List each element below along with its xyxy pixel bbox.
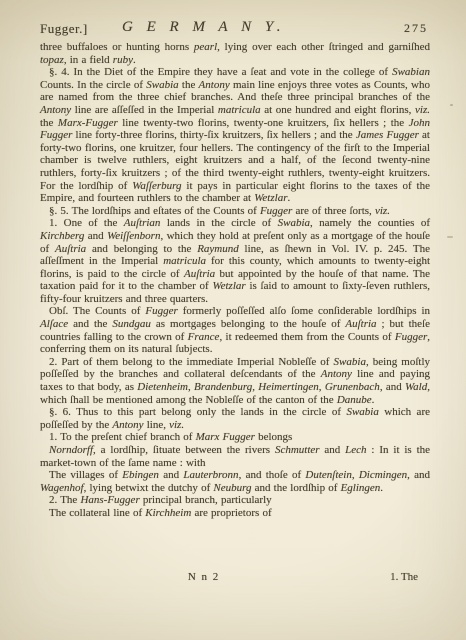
paragraph: 2. The Hans-Fugger principal branch, par… (40, 494, 430, 507)
text-segment: and the (68, 318, 112, 330)
text-segment: and the lordſhip of (252, 482, 341, 494)
text-segment: as mortgages belonging to the houſe of (151, 318, 345, 330)
paragraph: The villages of Ebingen and Lauterbronn,… (40, 469, 430, 494)
text-segment: France (188, 331, 220, 343)
text-segment: Swabia (278, 217, 310, 229)
text-segment: Dicmingen (359, 469, 407, 481)
text-segment: Swabia (334, 356, 366, 368)
page-footer: N n 2 1. The (40, 571, 430, 585)
text-segment: Eglingen (341, 482, 381, 494)
text-segment: ruby (113, 54, 133, 66)
text-segment: §. 6. Thus to this part belong only the … (49, 406, 346, 418)
text-segment: Swabia (346, 406, 378, 418)
text-segment: . (372, 394, 375, 406)
paragraph: Norndorff, a lordſhip, ſituate between t… (40, 444, 430, 469)
text-segment: viz. (375, 205, 390, 217)
paragraph: §. 6. Thus to this part belong only the … (40, 406, 430, 431)
text-segment: Sundgau (112, 318, 151, 330)
signature-mark: N n 2 (188, 571, 220, 583)
text-segment: belongs (255, 431, 292, 443)
paragraph: §. 4. In the Diet of the Empire they hav… (40, 66, 430, 205)
text-segment: matricula (218, 104, 261, 116)
text-segment: , (352, 469, 359, 481)
text-segment: Antony (199, 79, 230, 91)
text-segment: . (287, 192, 290, 204)
catchword: 1. The (390, 571, 418, 583)
text-segment: Alſace (40, 318, 68, 330)
text-segment: Swabia (146, 79, 178, 91)
text-segment: Wetzlar (254, 192, 287, 204)
text-segment: and (84, 230, 107, 242)
book-page: Fugger.] G E R M A N Y. 275 three buffal… (0, 0, 466, 640)
text-segment: formerly poſſeſſed alſo ſome conſiderabl… (178, 305, 430, 317)
text-block: three buffaloes or hunting horns pearl, … (40, 41, 430, 520)
text-segment: Obſ. The Counts of (49, 305, 145, 317)
text-segment: matricula (163, 255, 206, 267)
text-segment: Norndorff (49, 444, 93, 456)
text-segment: Antony (40, 104, 71, 116)
text-segment: Auſtria (55, 243, 86, 255)
running-title: G E R M A N Y. (122, 19, 286, 36)
paragraph: The collateral line of Kirchheim are pro… (40, 507, 430, 520)
text-segment: line twenty-two florins, twenty-one krui… (118, 117, 409, 129)
text-segment: Swabian (392, 66, 430, 78)
text-segment: principal branch, particularly (140, 494, 272, 506)
text-segment: Weiſſenborn (107, 230, 160, 242)
text-segment: are of three ſorts, (292, 205, 375, 217)
text-segment: Lauterbronn (183, 469, 238, 481)
text-segment: . (380, 482, 383, 494)
text-segment: Antony (321, 368, 352, 380)
text-segment: Marx Fugger (196, 431, 255, 443)
text-segment: line, (144, 419, 170, 431)
text-segment: , in a field (64, 54, 113, 66)
text-segment: and (320, 444, 346, 456)
header-catch-title: Fugger.] (40, 21, 88, 37)
paragraph: 1. To the preſent chief branch of Marx F… (40, 431, 430, 444)
text-segment: Hans-Fugger (80, 494, 139, 506)
text-segment: Lech (345, 444, 366, 456)
text-segment: 2. The (49, 494, 80, 506)
text-segment: Schmutter (275, 444, 320, 456)
text-segment: , lying betwixt the dutchy of (84, 482, 214, 494)
text-segment: the (40, 117, 58, 129)
text-segment: Raymund (197, 243, 239, 255)
text-segment: viz. (415, 104, 430, 116)
text-segment: , namely the counties of (310, 217, 430, 229)
text-segment: The villages of (49, 469, 122, 481)
paragraph: 1. One of the Auſtrian lands in the circ… (40, 217, 430, 305)
text-segment: Auſtria (184, 268, 215, 280)
text-segment: , lying over each other ſtringed and gar… (217, 41, 430, 53)
text-segment: §. 5. The lordſhips and eſtates of the C… (49, 205, 260, 217)
text-segment: Auſtrian (124, 217, 161, 229)
text-segment: Waſſerburg (132, 180, 181, 192)
text-segment: The collateral line of (49, 507, 145, 519)
text-segment: James Fugger (356, 129, 419, 141)
text-segment: 1. To the preſent chief branch of (49, 431, 196, 443)
text-segment: line forty-three florins, thirty-ſix kru… (72, 129, 355, 141)
text-segment: Kirchberg (40, 230, 84, 242)
paper-speck (447, 236, 453, 238)
paragraph: 2. Part of them belong to the immediate … (40, 356, 430, 406)
text-segment: Fugger (145, 305, 177, 317)
text-segment: topaz (40, 54, 64, 66)
text-segment: §. 4. In the Diet of the Empire they hav… (49, 66, 392, 78)
text-segment: Danube (337, 394, 372, 406)
text-segment: 1. One of the (49, 217, 124, 229)
paragraph: Obſ. The Counts of Fugger formerly poſſe… (40, 305, 430, 355)
text-segment: . (133, 54, 136, 66)
text-segment: Auſtria (345, 318, 376, 330)
text-segment: , and (407, 469, 430, 481)
text-segment: viz. (169, 419, 184, 431)
text-segment: 2. Part of them belong to the immediate … (49, 356, 334, 368)
text-segment: Fugger (260, 205, 292, 217)
text-segment: pearl (194, 41, 217, 53)
text-segment: line are aſſeſſed in the Imperial (71, 104, 218, 116)
text-segment: Marx-Fugger (58, 117, 118, 129)
text-segment: , it redeemed them from the Counts of (219, 331, 394, 343)
text-segment: Brandenburg (194, 381, 252, 393)
text-segment: Heimertingen (258, 381, 318, 393)
text-segment: Counts. In the circle of (40, 79, 146, 91)
text-segment: Kirchheim (145, 507, 191, 519)
text-segment: and belonging to the (86, 243, 197, 255)
text-segment: Wagenhof (40, 482, 84, 494)
text-segment: , and (380, 381, 405, 393)
text-segment: Wald (405, 381, 427, 393)
text-segment: Grunenbach (325, 381, 380, 393)
paragraph: three buffaloes or hunting horns pearl, … (40, 41, 430, 66)
text-segment: Antony (112, 419, 143, 431)
text-segment: at one hundred and eight florins, (261, 104, 415, 116)
text-segment: lands in the circle of (160, 217, 277, 229)
paragraph: §. 5. The lordſhips and eſtates of the C… (40, 205, 430, 218)
page-header: Fugger.] G E R M A N Y. 275 (40, 19, 430, 37)
text-segment: Dietenheim (137, 381, 188, 393)
text-segment: three buffaloes or hunting horns (40, 41, 194, 53)
text-segment: the (179, 79, 199, 91)
paper-speck (450, 104, 453, 106)
text-segment: Neuburg (213, 482, 251, 494)
text-segment: , a lordſhip, ſituate between the rivers (93, 444, 275, 456)
text-segment: , and thoſe of (239, 469, 306, 481)
page-number: 275 (404, 21, 428, 36)
text-segment: Fugger (395, 331, 427, 343)
text-segment: Wetzlar (212, 280, 245, 292)
text-segment: Dutenſtein (305, 469, 351, 481)
text-segment: and (159, 469, 183, 481)
text-segment: are proprietors of (191, 507, 271, 519)
text-segment: Ebingen (122, 469, 159, 481)
